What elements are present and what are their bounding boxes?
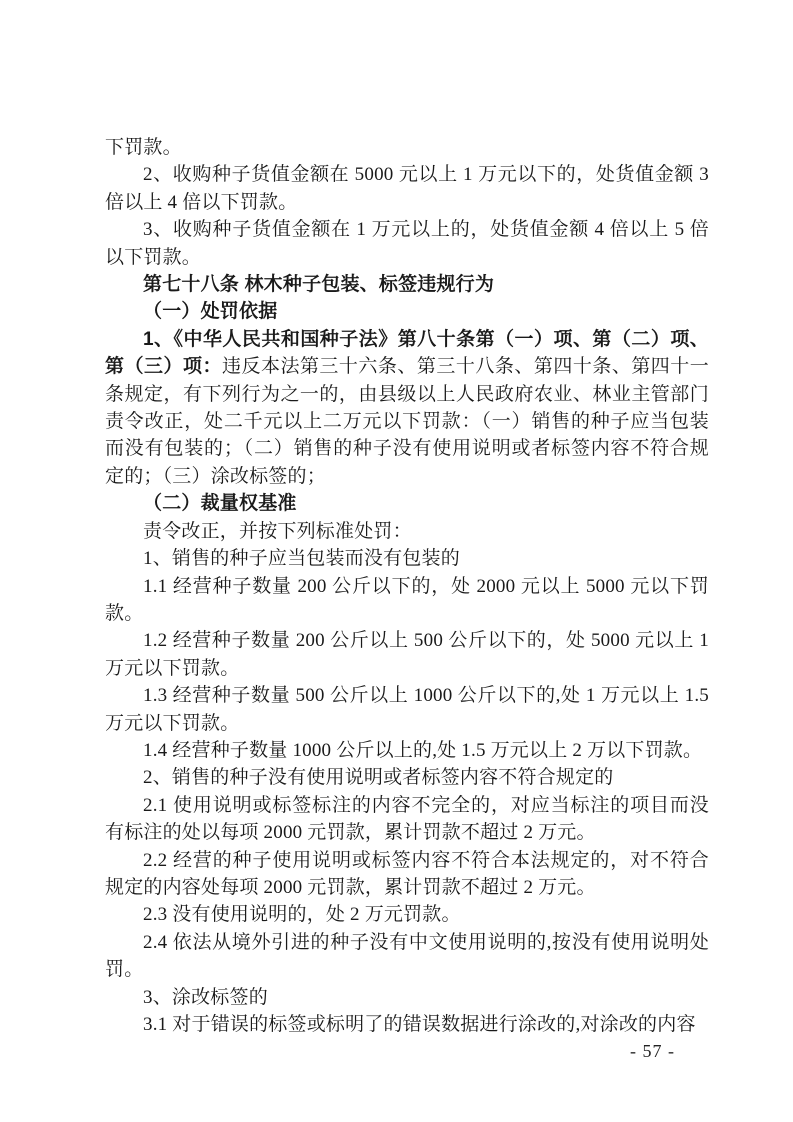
text-run: 2.2 经营的种子使用说明或标签内容不符合本法规定的，对不符合规定的内容处每项 … [105,850,709,898]
bold-text-run: 第七十八条 林木种子包装、标签违规行为 [143,274,494,295]
text-run: 1.1 经营种子数量 200 公斤以下的，处 2000 元以上 5000 元以下… [105,576,709,624]
paragraph: 1.3 经营种子数量 500 公斤以上 1000 公斤以下的,处 1 万元以上 … [105,682,709,737]
paragraph: 2、收购种子货值金额在 5000 元以上 1 万元以下的，处货值金额 3 倍以上… [105,161,709,216]
document-page: 下罚款。2、收购种子货值金额在 5000 元以上 1 万元以下的，处货值金额 3… [0,0,793,1122]
paragraph: 责令改正，并按下列标准处罚： [105,518,709,545]
text-run: 1、销售的种子应当包装而没有包装的 [143,548,460,569]
paragraph: 3、涂改标签的 [105,984,709,1011]
text-run: 下罚款。 [105,137,182,158]
paragraph: 1.4 经营种子数量 1000 公斤以上的,处 1.5 万元以上 2 万以下罚款… [105,737,709,764]
paragraph: 2.3 没有使用说明的，处 2 万元罚款。 [105,901,709,928]
paragraph: 2.2 经营的种子使用说明或标签内容不符合本法规定的，对不符合规定的内容处每项 … [105,847,709,902]
paragraph: （二）裁量权基准 [105,490,709,517]
text-run: 2、收购种子货值金额在 5000 元以上 1 万元以下的，处货值金额 3 倍以上… [105,164,709,212]
paragraph: 1、销售的种子应当包装而没有包装的 [105,545,709,572]
bold-text-run: （二）裁量权基准 [143,493,297,514]
document-body: 下罚款。2、收购种子货值金额在 5000 元以上 1 万元以下的，处货值金额 3… [105,134,709,1038]
paragraph: 2.4 依法从境外引进的种子没有中文使用说明的,按没有使用说明处罚。 [105,929,709,984]
paragraph: 3.1 对于错误的标签或标明了的错误数据进行涂改的,对涂改的内容 [105,1011,709,1038]
text-run: 1.4 经营种子数量 1000 公斤以上的,处 1.5 万元以上 2 万以下罚款… [143,740,702,761]
paragraph: 下罚款。 [105,134,709,161]
paragraph: 第七十八条 林木种子包装、标签违规行为 [105,271,709,298]
paragraph: 3、收购种子货值金额在 1 万元以上的，处货值金额 4 倍以上 5 倍以下罚款。 [105,216,709,271]
text-run: 1.3 经营种子数量 500 公斤以上 1000 公斤以下的,处 1 万元以上 … [105,685,709,733]
text-run: 2、销售的种子没有使用说明或者标签内容不符合规定的 [143,767,614,788]
text-run: 3、涂改标签的 [143,987,268,1008]
paragraph: 1、《中华人民共和国种子法》第八十条第（一）项、第（二）项、第（三）项：违反本法… [105,326,709,490]
paragraph: （一）处罚依据 [105,298,709,325]
text-run: 2.3 没有使用说明的，处 2 万元罚款。 [143,904,461,925]
text-run: 2.1 使用说明或标签标注的内容不完全的，对应当标注的项目而没有标注的处以每项 … [105,795,709,843]
page-footer: - 57 - [0,1040,793,1070]
text-run: 2.4 依法从境外引进的种子没有中文使用说明的,按没有使用说明处罚。 [105,932,709,980]
text-run: 1.2 经营种子数量 200 公斤以上 500 公斤以下的，处 5000 元以上… [105,630,709,678]
page-number: - 57 - [630,1040,675,1062]
paragraph: 2.1 使用说明或标签标注的内容不完全的，对应当标注的项目而没有标注的处以每项 … [105,792,709,847]
text-run: 责令改正，并按下列标准处罚： [143,521,412,542]
paragraph: 1.1 经营种子数量 200 公斤以下的，处 2000 元以上 5000 元以下… [105,573,709,628]
bold-text-run: （一）处罚依据 [143,301,277,322]
text-run: 3.1 对于错误的标签或标明了的错误数据进行涂改的,对涂改的内容 [143,1014,696,1035]
text-run: 3、收购种子货值金额在 1 万元以上的，处货值金额 4 倍以上 5 倍以下罚款。 [105,219,709,267]
paragraph: 1.2 经营种子数量 200 公斤以上 500 公斤以下的，处 5000 元以上… [105,627,709,682]
paragraph: 2、销售的种子没有使用说明或者标签内容不符合规定的 [105,764,709,791]
